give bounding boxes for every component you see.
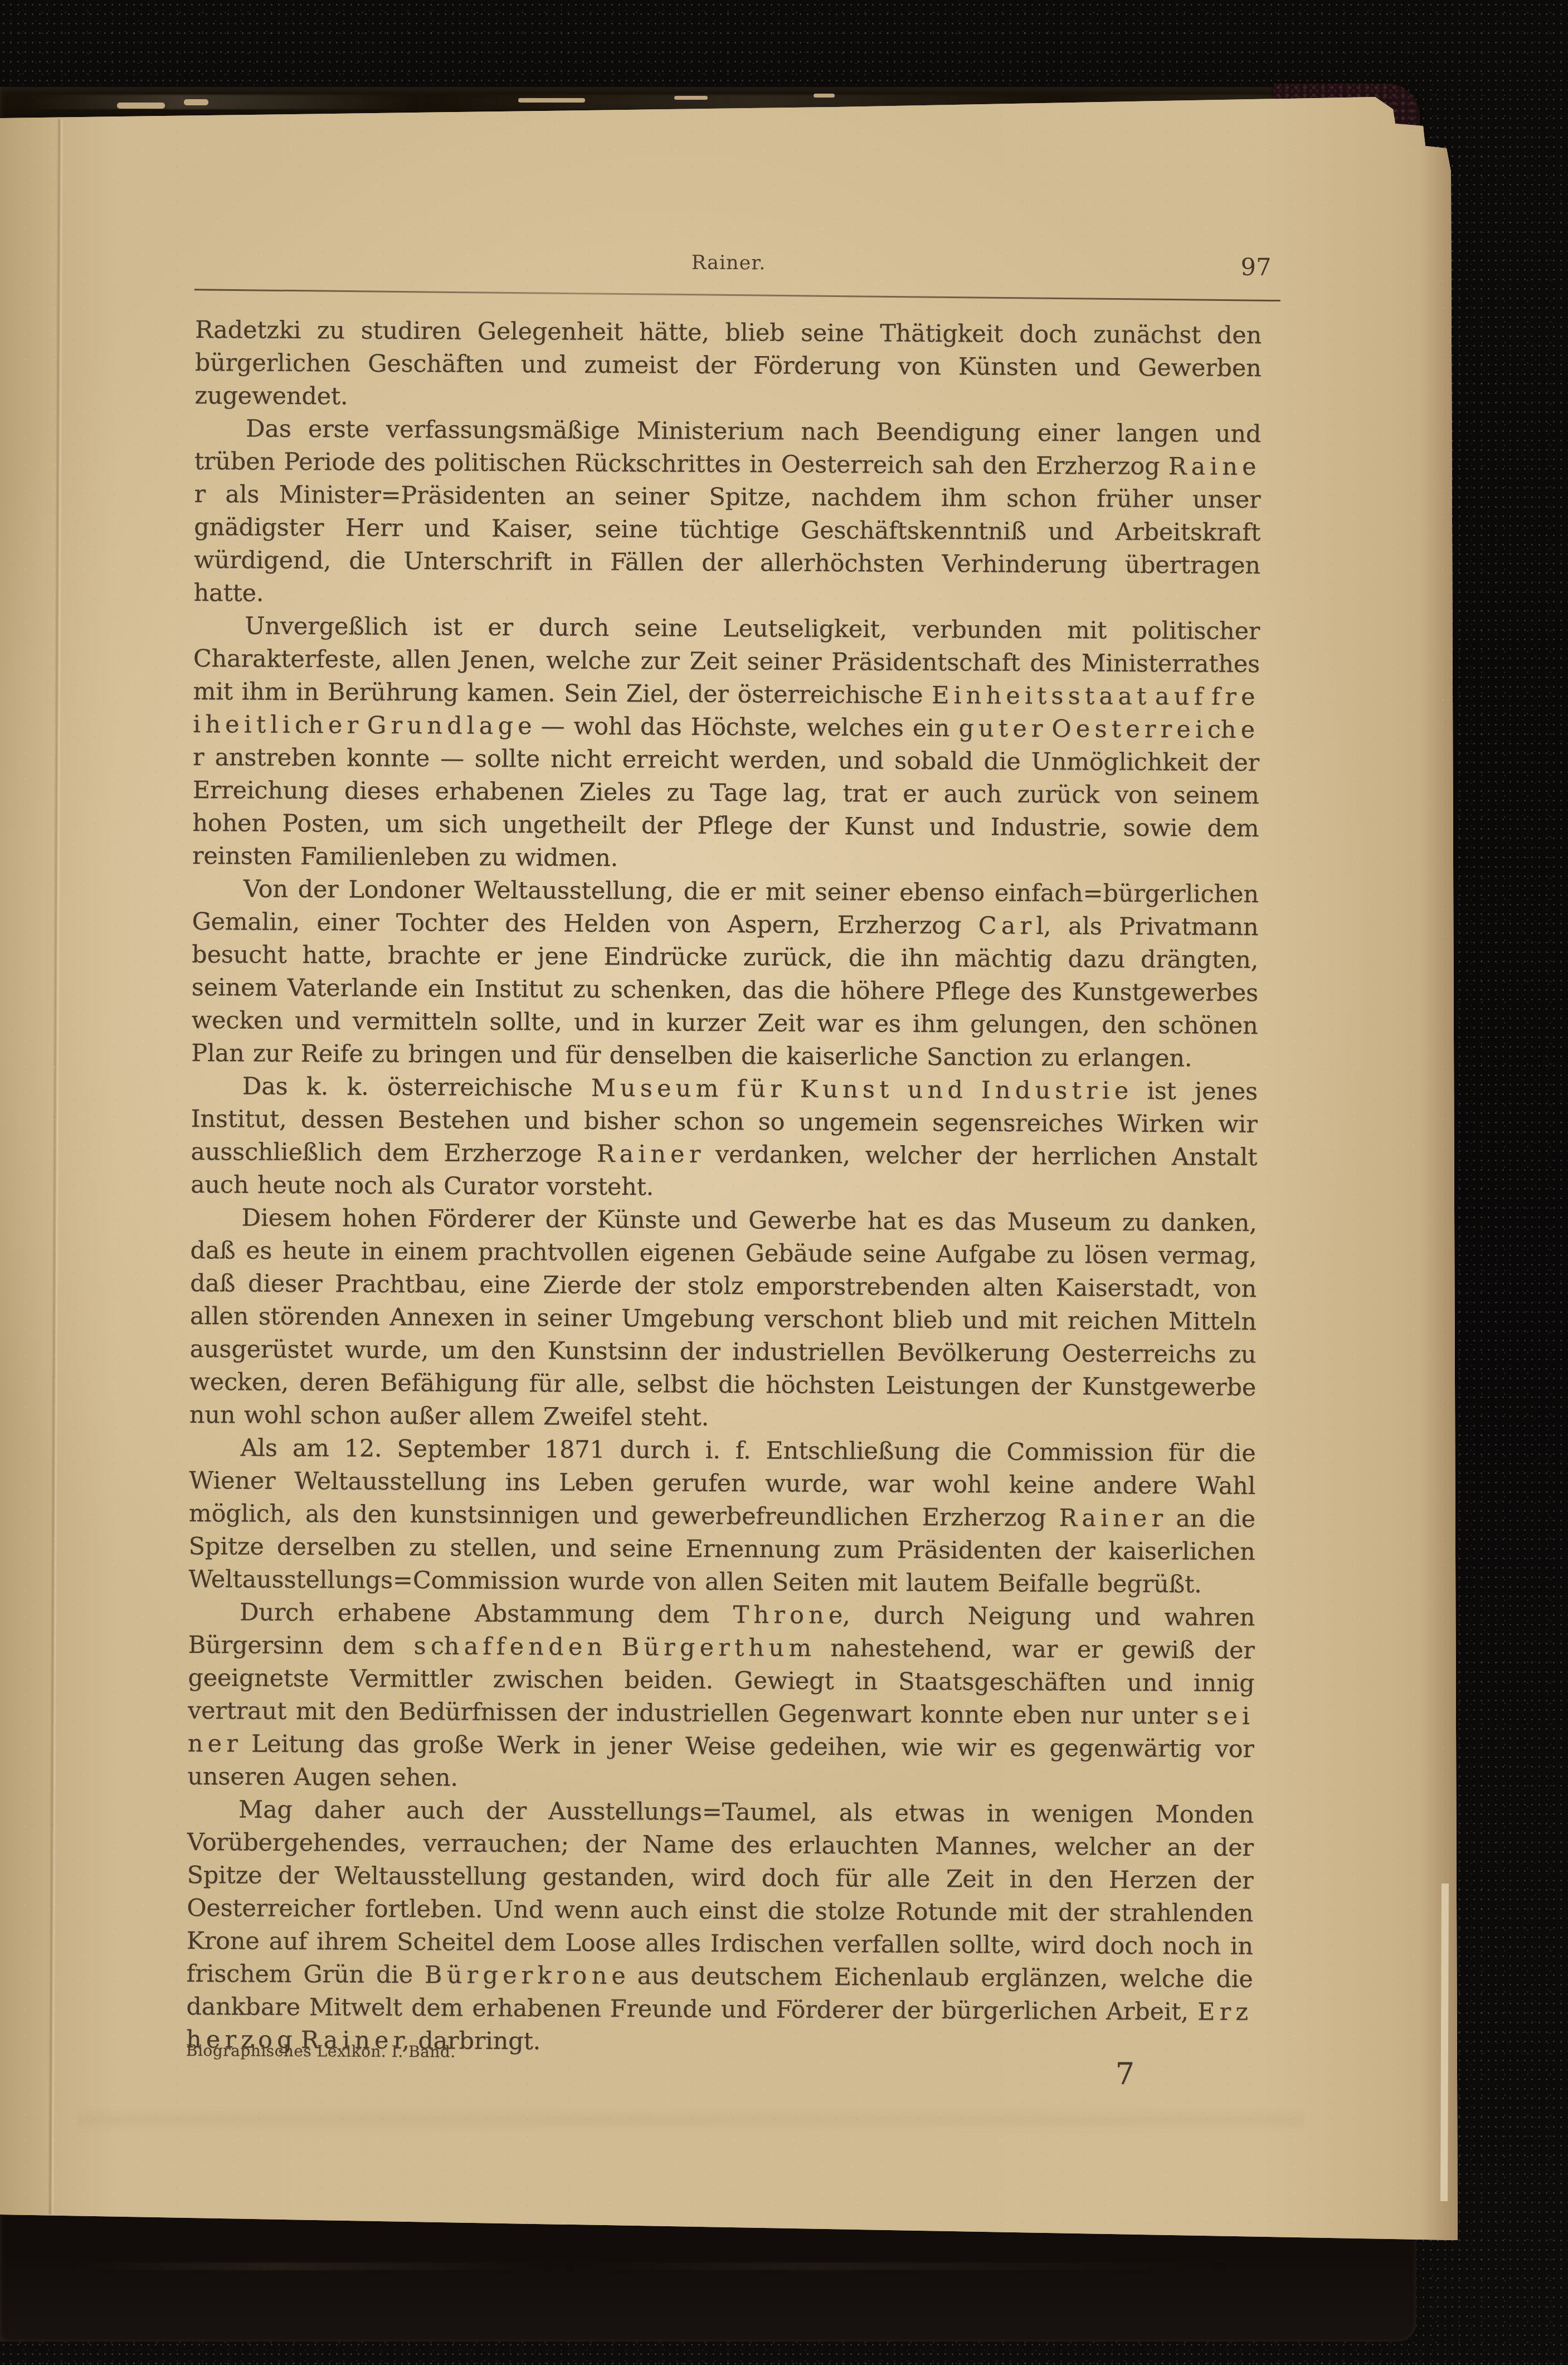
printed-content: Rainer. 97 Radetzki zu studiren Gelegenh… [0,0,1460,2365]
page-number: 97 [1241,254,1291,281]
cover-paint-chip [117,103,165,109]
signature-number: 7 [1116,2056,1135,2091]
paragraph: Durch erhabene Abstammung dem T h r o n … [187,1596,1255,1799]
paragraph: Das erste verfassungsmäßige Ministerium … [193,412,1261,615]
paragraph: Unvergeßlich ist er durch seine Leutseli… [192,610,1260,878]
cover-paint-chip [518,98,585,103]
running-header: Rainer. [196,249,1262,277]
body-text: Radetzki zu studiren Gelegenheit hätte, … [186,314,1262,2062]
cover-paint-chip [814,94,835,98]
book-page: Rainer. 97 Radetzki zu studiren Gelegenh… [0,0,1459,2365]
paragraph: Diesem hohen Förderer der Künste und Gew… [189,1201,1257,1437]
paragraph: Von der Londoner Weltausstellung, die er… [191,873,1259,1076]
paragraph: Als am 12. September 1871 durch i. f. En… [188,1432,1256,1602]
paragraph: Mag daher auch der Ausstellungs=Taumel, … [186,1793,1254,2062]
cover-paint-chip [184,99,208,105]
paragraph: Radetzki zu studiren Gelegenheit hätte, … [194,314,1262,418]
cover-paint-chip [674,96,708,100]
scan-photo-background: Rainer. 97 Radetzki zu studiren Gelegenh… [0,0,1568,2365]
paragraph: Das k. k. österreichische M u s e u m f … [191,1070,1258,1207]
cover-bottom-sheen [67,2262,1237,2270]
footer-series-title: Biographisches Lexikon. I. Band. [186,2041,456,2061]
header-rule [194,289,1280,301]
